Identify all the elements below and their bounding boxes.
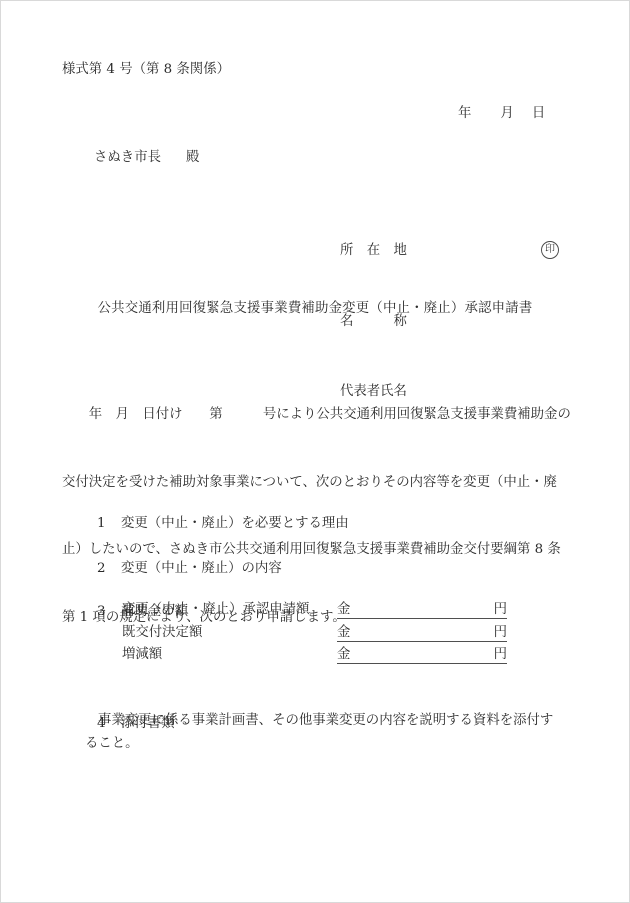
currency-prefix-label: 金 <box>337 602 350 618</box>
amount-blank-line: 金 円 <box>337 646 507 664</box>
currency-unit-label: 円 <box>494 602 507 618</box>
section-number: 1 <box>97 514 110 534</box>
attachments-note-line: 事業変更に係る事業計画書、その他事業変更の内容を説明する資料を添付す <box>98 711 553 731</box>
document-title: 公共交通利用回復緊急支援事業費補助金変更（中止・廃止）承認申請書 <box>0 299 630 319</box>
addressee-name: さぬき市長 <box>94 150 161 165</box>
section-heading-label: 変更（中止・廃止）を必要とする理由 <box>121 516 349 531</box>
body-line: 交付決定を受けた補助対象事業について、次のとおりその内容等を変更（中止・廃 <box>62 472 571 495</box>
date-month-label: 月 <box>500 106 513 121</box>
attachments-note-line: ること。 <box>85 734 139 754</box>
seal-label: 印 <box>545 245 555 255</box>
currency-unit-label: 円 <box>494 625 507 641</box>
section-heading-label: 変更（中止・廃止）の内容 <box>121 561 282 576</box>
amount-row-difference: 増減額 金 円 <box>0 646 630 664</box>
document-page: 様式第 4 号（第 8 条関係） 年月日 さぬき市長殿 所 在 地 名 称 代表… <box>0 0 630 903</box>
applicant-address-label: 所 在 地 <box>340 239 407 263</box>
addressee-honorific: 殿 <box>186 150 199 165</box>
date-line: 年月日 <box>441 84 545 144</box>
amount-row-label: 変更（中止・廃止）承認申請額 <box>122 601 309 619</box>
addressee-line: さぬき市長殿 <box>77 128 199 188</box>
date-year-label: 年 <box>458 106 471 121</box>
amount-blank-line: 金 円 <box>337 601 507 619</box>
amount-row-application: 変更（中止・廃止）承認申請額 金 円 <box>0 601 630 619</box>
currency-unit-label: 円 <box>494 647 507 663</box>
date-day-label: 日 <box>532 106 545 121</box>
currency-prefix-label: 金 <box>337 647 350 663</box>
amount-row-label: 増減額 <box>122 646 162 664</box>
amount-row-decided: 既交付決定額 金 円 <box>0 624 630 642</box>
body-line: 年 月 日付け 第 号により公共交通利用回復緊急支援事業費補助金の <box>62 404 571 427</box>
seal-icon: 印 <box>541 241 559 259</box>
amount-row-label: 既交付決定額 <box>122 624 202 642</box>
form-number: 様式第 4 号（第 8 条関係） <box>62 60 230 80</box>
currency-prefix-label: 金 <box>337 625 350 641</box>
amount-blank-line: 金 円 <box>337 624 507 642</box>
section-number: 2 <box>97 559 110 579</box>
